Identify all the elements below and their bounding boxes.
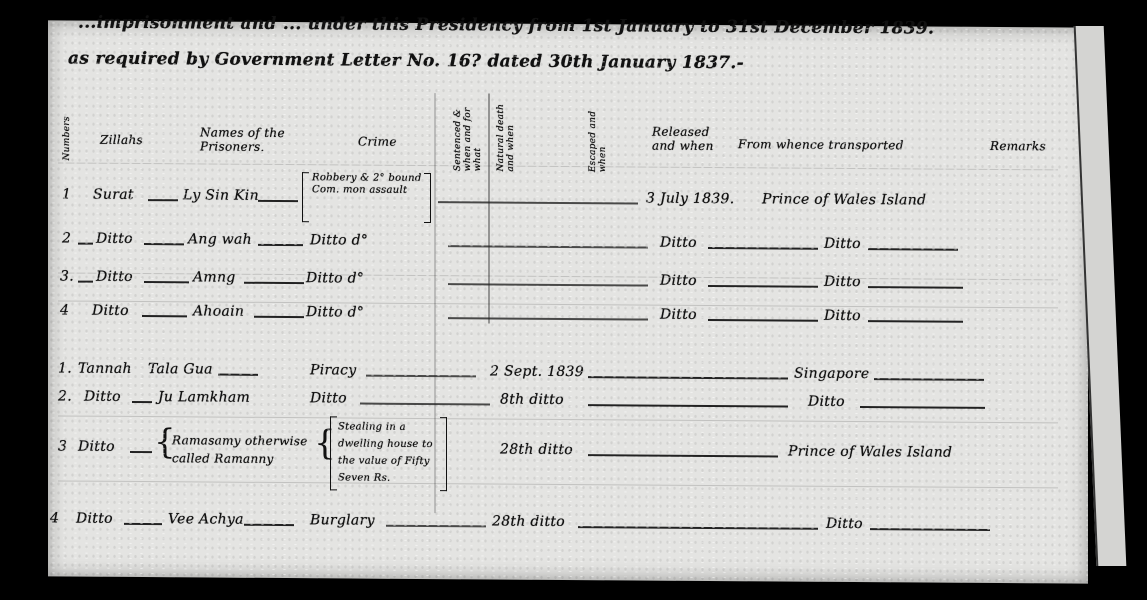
row-crime: Robbery & 2° bound Com. mon assault: [312, 172, 432, 197]
row-transported-from: Prince of Wales Island: [788, 444, 952, 461]
row-released: 3 July 1839.: [646, 191, 735, 208]
row-zillah: Ditto: [96, 231, 133, 247]
scanned-register-page: ...imprisonment and ... under this Presi…: [48, 20, 1088, 583]
row-zillah: Tannah: [78, 361, 132, 377]
row-transported-from: Prince of Wales Island: [762, 191, 926, 208]
col-header-zillah: Zillahs: [100, 133, 143, 147]
row-released: Ditto: [660, 235, 697, 251]
row-transported-from: Ditto: [824, 274, 861, 290]
row-zillah: Ditto: [84, 389, 121, 405]
row-name: Ly Sin Kin: [183, 187, 259, 204]
row-name: Ju Lamkham: [158, 389, 250, 406]
col-header-crime: Crime: [358, 135, 397, 149]
col-header-transported-from: From whence transported: [738, 137, 904, 152]
header-line-2: as required by Government Letter No. 16?…: [68, 49, 744, 74]
row-natural-death: 28th ditto: [492, 513, 565, 530]
row-natural-death: 8th ditto: [500, 392, 564, 408]
col-header-escaped: Escaped and when: [588, 104, 616, 172]
row-crime: Ditto: [310, 390, 347, 406]
row-zillah: Ditto: [78, 439, 115, 455]
row-transported-from: Ditto: [826, 516, 863, 532]
row-number: 2: [62, 230, 71, 246]
row-zillah: Ditto: [92, 303, 129, 319]
row-name: Tala Gua: [148, 361, 213, 377]
row-name: Ahoain: [193, 303, 244, 319]
col-header-number: Numbers: [62, 90, 72, 160]
col-header-released: Released and when: [652, 125, 722, 153]
row-number: 3: [58, 438, 67, 454]
row-number: 3.: [60, 268, 74, 284]
row-crime: Ditto d°: [310, 232, 368, 248]
row-crime: Ditto d°: [306, 270, 364, 286]
row-zillah: Ditto: [96, 269, 133, 285]
row-number: 2.: [58, 388, 72, 404]
row-transported-from: Ditto: [824, 308, 861, 324]
row-name: Ramasamy otherwise called Ramanny: [172, 431, 317, 468]
row-transported-from: Singapore: [794, 366, 869, 383]
row-name: Amng: [193, 269, 236, 285]
row-zillah: Surat: [93, 187, 134, 203]
row-released: Ditto: [660, 307, 697, 323]
row-crime: Burglary: [310, 512, 375, 528]
row-number: 4: [60, 302, 69, 318]
row-zillah: Ditto: [76, 511, 113, 527]
row-transported-from: Ditto: [824, 236, 861, 252]
row-name: Vee Achya: [168, 511, 244, 528]
col-header-remarks: Remarks: [990, 139, 1046, 153]
row-released: Ditto: [660, 273, 697, 289]
row-crime: Ditto d°: [306, 304, 364, 320]
col-header-natural-death: Natural death and when: [496, 101, 534, 171]
row-natural-death: 28th ditto: [500, 442, 573, 459]
header-line-1: ...imprisonment and ... under this Presi…: [78, 13, 934, 39]
row-natural-death: 2 Sept. 1839: [490, 363, 584, 380]
row-number: 1.: [58, 360, 72, 376]
col-header-names: Names of the Prisoners.: [200, 125, 290, 154]
row-number: 1: [62, 186, 71, 202]
row-name: Ang wah: [188, 231, 252, 247]
row-transported-from: Ditto: [808, 394, 845, 410]
col-header-sentence: Sentenced & when and for what: [453, 101, 487, 171]
row-crime: Piracy: [310, 362, 357, 378]
row-number: 4: [50, 510, 59, 526]
row-crime: Stealing in a dwelling house to the valu…: [338, 418, 450, 487]
